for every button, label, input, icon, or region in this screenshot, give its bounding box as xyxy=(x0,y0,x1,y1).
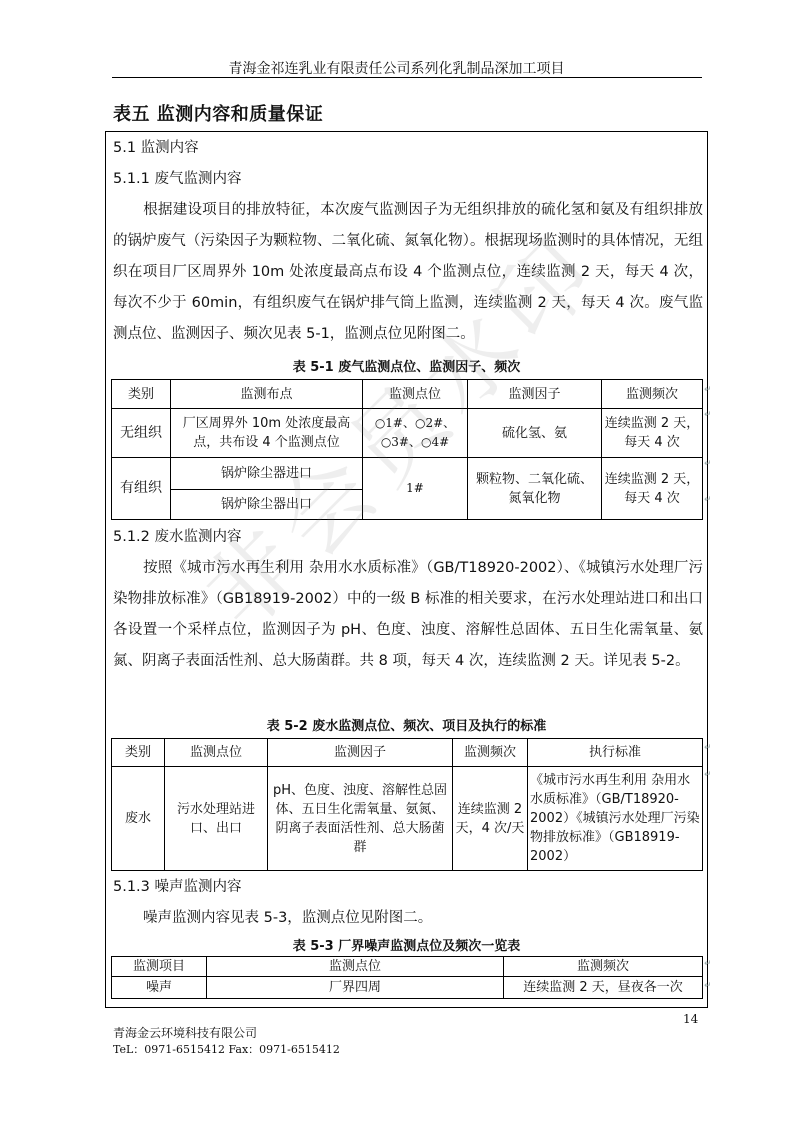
header-cell: 监测频次 xyxy=(602,380,703,409)
table-row: 噪声 厂界四周 连续监测 2 天，昼夜各一次 xyxy=(112,977,703,999)
table-header-row: 类别 监测点位 监测因子 监测频次 执行标准 xyxy=(112,739,703,767)
header-cell: 监测因子 xyxy=(268,739,453,767)
header-cell: 执行标准 xyxy=(528,739,703,767)
table-5-2: 类别 监测点位 监测因子 监测频次 执行标准 废水 污水处理站进口、出口 pH、… xyxy=(111,738,703,871)
return-mark: ↵ xyxy=(704,410,712,420)
frequency-cell: 连续监测 2 天，4 次/天 xyxy=(453,767,528,871)
header-cell: 监测频次 xyxy=(504,957,703,977)
paragraph-water: 按照《城市污水再生利用 杂用水水质标准》（GB/T18920-2002）、《城镇… xyxy=(113,553,703,677)
table-5-2-caption: 表 5-2 废水监测点位、频次、项目及执行的标准 xyxy=(111,715,702,734)
header-cell: 监测因子 xyxy=(468,380,602,409)
paragraph-gas-text: 根据建设项目的排放特征，本次废气监测因子为无组织排放的硫化氢和氨及有组织排放的锅… xyxy=(113,202,703,342)
item-cell: 噪声 xyxy=(112,977,207,999)
frequency-cell: 连续监测 2 天，每天 4 次 xyxy=(602,458,703,520)
frequency-cell: 连续监测 2 天，昼夜各一次 xyxy=(504,977,703,999)
heading-5-1: 5.1 监测内容 xyxy=(113,138,199,158)
table-header-row: 监测项目 监测点位 监测频次 xyxy=(112,957,703,977)
standard-cell: 《城市污水再生利用 杂用水水质标准》（GB/T18920-2002）《城镇污水处… xyxy=(528,767,703,871)
layout-cell: 锅炉除尘器进口 xyxy=(171,458,363,490)
header-rule xyxy=(112,77,702,78)
category-cell: 废水 xyxy=(112,767,165,871)
points-cell: ○1#、○2#、○3#、○4# xyxy=(363,409,468,458)
return-mark: ↵ xyxy=(704,770,712,780)
header-cell: 监测布点 xyxy=(171,380,363,409)
frequency-cell: 连续监测 2 天，每天 4 次 xyxy=(602,409,703,458)
header-cell: 监测点位 xyxy=(207,957,504,977)
paragraph-water-text: 按照《城市污水再生利用 杂用水水质标准》（GB/T18920-2002）、《城镇… xyxy=(113,560,703,669)
paragraph-gas: 根据建设项目的排放特征，本次废气监测因子为无组织排放的硫化氢和氨及有组织排放的锅… xyxy=(113,195,703,350)
points-cell: 厂界四周 xyxy=(207,977,504,999)
return-mark: ↵ xyxy=(704,495,712,505)
table-5-1-caption: 表 5-1 废气监测点位、监测因子、频次 xyxy=(111,356,702,375)
table-5-3: 监测项目 监测点位 监测频次 噪声 厂界四周 连续监测 2 天，昼夜各一次 xyxy=(111,956,703,999)
return-mark: ↵ xyxy=(704,981,712,991)
heading-5-1-1: 5.1.1 废气监测内容 xyxy=(113,169,242,189)
table-header-row: 类别 监测布点 监测点位 监测因子 监测频次 xyxy=(112,380,703,409)
category-cell: 有组织 xyxy=(112,458,171,520)
table-row: 有组织 锅炉除尘器进口 1# 颗粒物、二氧化硫、氮氧化物 连续监测 2 天，每天… xyxy=(112,458,703,490)
layout-cell: 厂区周界外 10m 处浓度最高点，共布设 4 个监测点位 xyxy=(171,409,363,458)
section-title: 表五 监测内容和质量保证 xyxy=(113,100,323,126)
table-5-3-caption: 表 5-3 厂界噪声监测点位及频次一览表 xyxy=(111,935,702,954)
layout-cell: 锅炉除尘器出口 xyxy=(171,490,363,520)
footer-company: 青海金云环境科技有限公司 xyxy=(113,1024,257,1041)
table-row: 废水 污水处理站进口、出口 pH、色度、浊度、溶解性总固体、五日生化需氧量、氨氮… xyxy=(112,767,703,871)
table-5-1: 类别 监测布点 监测点位 监测因子 监测频次 无组织 厂区周界外 10m 处浓度… xyxy=(111,379,703,520)
return-mark: ↵ xyxy=(704,459,712,469)
factors-cell: 颗粒物、二氧化硫、氮氧化物 xyxy=(468,458,602,520)
running-header-title: 青海金祁连乳业有限责任公司系列化乳制品深加工项目 xyxy=(0,58,793,78)
points-cell: 污水处理站进口、出口 xyxy=(165,767,268,871)
header-cell: 类别 xyxy=(112,739,165,767)
table-row: 无组织 厂区周界外 10m 处浓度最高点，共布设 4 个监测点位 ○1#、○2#… xyxy=(112,409,703,458)
points-cell: 1# xyxy=(363,458,468,520)
header-cell: 类别 xyxy=(112,380,171,409)
return-mark: ↵ xyxy=(704,959,712,969)
category-cell: 无组织 xyxy=(112,409,171,458)
return-mark: ↵ xyxy=(704,385,712,395)
paragraph-noise: 噪声监测内容见表 5-3，监测点位见附图二。 xyxy=(143,908,432,928)
header-cell: 监测点位 xyxy=(363,380,468,409)
heading-5-1-2: 5.1.2 废水监测内容 xyxy=(113,527,242,547)
return-mark: ↵ xyxy=(704,743,712,753)
footer-contact: TeL：0971-6515412 Fax：0971-6515412 xyxy=(113,1041,340,1057)
heading-5-1-3: 5.1.3 噪声监测内容 xyxy=(113,877,242,897)
header-cell: 监测频次 xyxy=(453,739,528,767)
factors-cell: pH、色度、浊度、溶解性总固体、五日生化需氧量、氨氮、阴离子表面活性剂、总大肠菌… xyxy=(268,767,453,871)
page-number: 14 xyxy=(683,1012,698,1026)
header-cell: 监测项目 xyxy=(112,957,207,977)
header-cell: 监测点位 xyxy=(165,739,268,767)
factors-cell: 硫化氢、氨 xyxy=(468,409,602,458)
